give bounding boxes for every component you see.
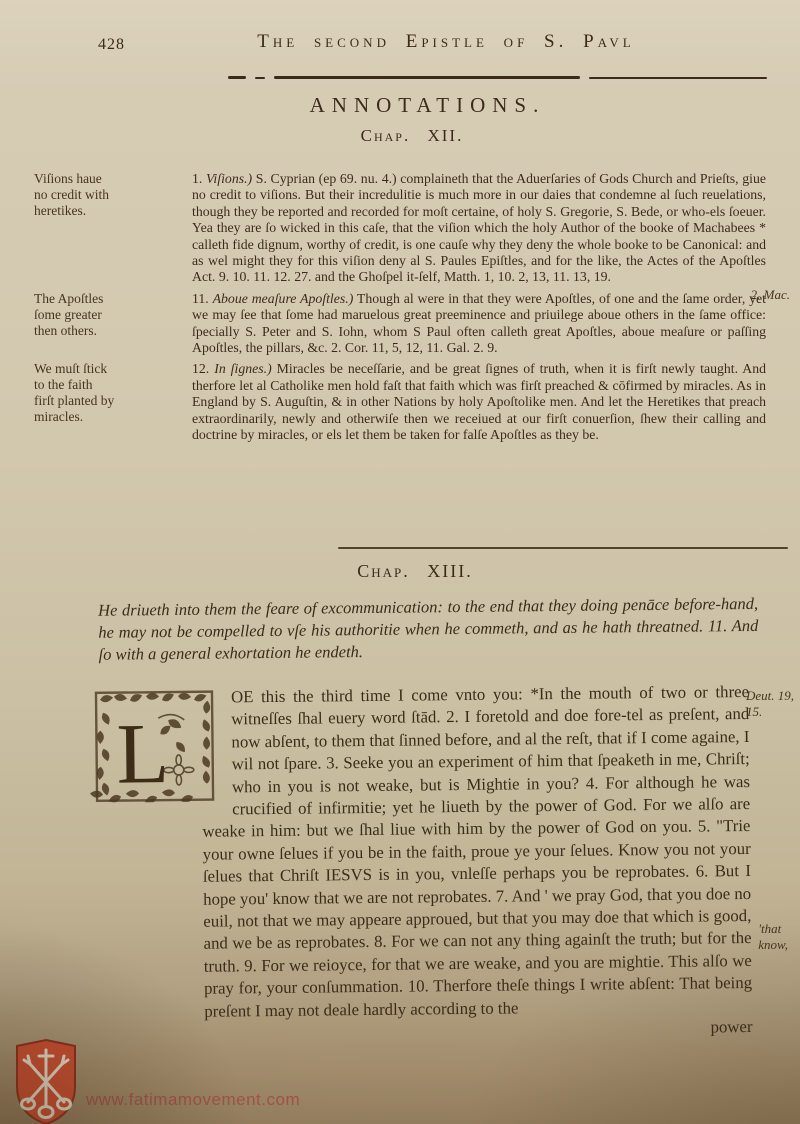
margin-note: We muſt ſtick to the faith firſt planted… [34, 361, 186, 443]
margin-ref-deut-19-15: Deut. 19, 15. [746, 688, 794, 720]
verse-number: 11. [192, 291, 209, 306]
verse-number: 1. [192, 171, 202, 186]
scanned-book-page: 428 The second Epistle of S. Pavl ANNOTA… [0, 0, 800, 1124]
watermark-url: www.fatimamovement.com [86, 1090, 300, 1110]
annotation-cue: Aboue meaſure Apoſtles.) [213, 291, 354, 306]
margin-ref-2-mac: 2. Mac. [751, 287, 790, 303]
verse-number: 12. [192, 361, 209, 376]
chapter-13-heading: Chap. XIII. [0, 561, 800, 582]
chapter-13-section: He driueth into them the feare of excomm… [0, 592, 800, 1044]
margin-note: Viſions haue no credit with heretikes. [34, 171, 186, 286]
drop-cap-woodcut-icon: L [89, 690, 220, 803]
annotation-cue: In ſignes.) [214, 361, 271, 376]
chapter-12-heading: Chap. XII. [0, 126, 800, 146]
header-rule [228, 76, 768, 79]
annotation-text: S. Cyprian (ep 69. nu. 4.) complaineth t… [192, 171, 766, 284]
annotations-title: ANNOTATIONS. [0, 93, 800, 118]
chapter-argument: He driueth into them the feare of excomm… [98, 593, 759, 666]
annotation-body: 12. In ſignes.) Miracles be neceſſarie, … [192, 361, 766, 443]
annotation-entry: The Apoſtles ſome greater then others. 1… [34, 291, 766, 357]
annotation-entry: We muſt ſtick to the faith firſt planted… [34, 361, 766, 443]
margin-note: The Apoſtles ſome greater then others. [34, 291, 186, 357]
annotations-section: Viſions haue no credit with heretikes. 1… [34, 171, 766, 449]
annotation-cue: Viſions.) [206, 171, 252, 186]
chapter-text: OE this the third time I come vnto you: … [202, 682, 752, 1020]
annotation-entry: Viſions haue no credit with heretikes. 1… [34, 171, 766, 286]
section-rule [338, 547, 788, 549]
chapter-body: L OE this the third time I come vnto you… [201, 681, 752, 1023]
watermark-papal-keys-shield-icon [14, 1038, 78, 1124]
drop-cap-letter: L [116, 705, 170, 802]
annotation-body: 11. Aboue meaſure Apoſtles.) Though al w… [192, 291, 766, 357]
annotation-body: 1. Viſions.) S. Cyprian (ep 69. nu. 4.) … [192, 171, 766, 286]
running-title: The second Epistle of S. Pavl [0, 31, 800, 53]
margin-ref-that-know: 'that know, [758, 921, 788, 953]
annotation-text: Miracles be neceſſarie, and be great ſig… [192, 361, 766, 442]
